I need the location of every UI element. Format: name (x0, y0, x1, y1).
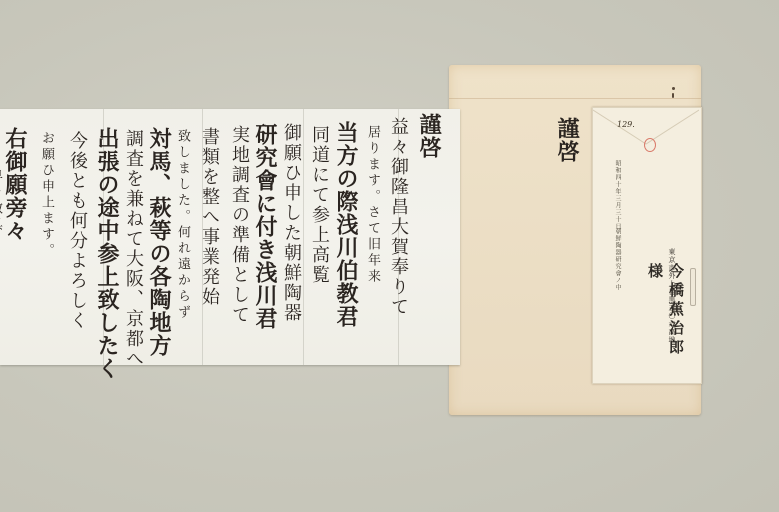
envelope-date: 昭和四十年三月三十日 (613, 160, 622, 230)
folder-mark (672, 93, 674, 98)
letter-column: 対馬、萩等の各陶地方 (148, 127, 170, 357)
letter-column: 同道にて参上高覧 (310, 125, 328, 285)
letter-column: 益々御隆昌大賀奉りて (389, 117, 407, 317)
letter-column: 謹啓 (418, 113, 440, 159)
envelope: 129. 昭和四十年三月三十日 朝鮮陶器研究會ノ中 東京市外上目黒五〇六高地 今… (592, 107, 702, 384)
letter-column: 研究會に付き浅川君 (254, 123, 276, 330)
seal-stamp-icon (644, 138, 656, 152)
envelope-number: 129. (617, 120, 635, 129)
letter-scroll: 謹啓 謹啓 益々御隆昌大賀奉りて 居ります。さて旧年来 当方の際浅川伯教君 同道… (0, 109, 460, 365)
letter-column: 謹啓 (556, 117, 578, 163)
letter-column: 当方の際浅川伯教君 (335, 121, 357, 328)
letter-column: 出張の途中参上致したく (96, 127, 118, 380)
letter-column: 書類を整へ事業発始 (200, 127, 218, 307)
panel-seam (303, 109, 304, 365)
letter-column: 居ります。さて旧年来 (366, 125, 379, 285)
letter-column: 実地調査の準備として (230, 125, 248, 325)
letter-column: 致しました。何れ遠からず (176, 129, 189, 321)
folder-fold-line (449, 98, 701, 99)
letter-column: 調査を兼ねて大阪、京都へ (124, 129, 142, 369)
letter-column: 御願ひ申した朝鮮陶器 (282, 123, 300, 323)
letter-column: お願ひ申上ます。 (40, 131, 53, 259)
envelope-sender: 朝鮮陶器研究會ノ中 (613, 228, 622, 291)
letter-column: 右御願旁々 (4, 127, 26, 242)
letter-column: 今後とも何分よろしく (68, 131, 86, 331)
paper-clip-icon (690, 268, 696, 306)
envelope-recipient: 今橋蕉治郎 様 (645, 263, 687, 383)
letter-column: 早々敬具 (0, 169, 1, 233)
folder-mark (672, 87, 675, 90)
